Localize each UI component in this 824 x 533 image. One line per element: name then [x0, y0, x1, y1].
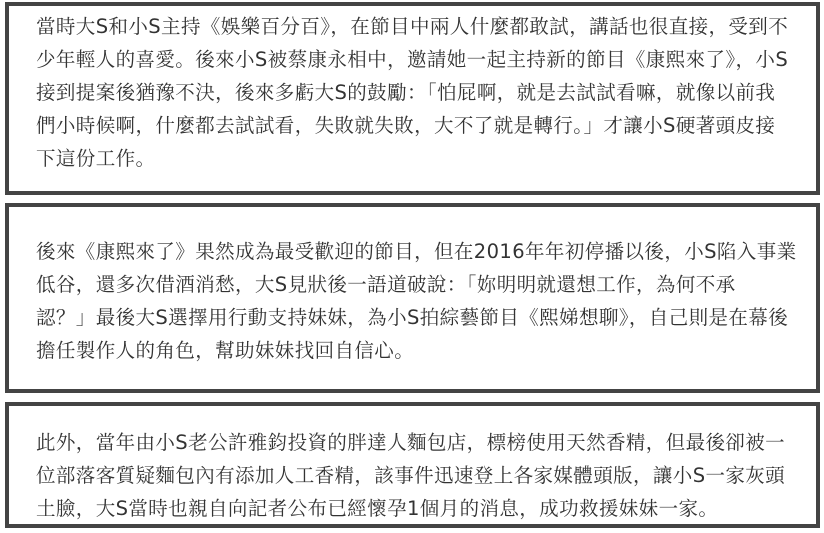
line: 接到提案後猶豫不決，後來多虧大S的鼓勵：「怕屁啊，就是去試試看嘛，就像以前我: [36, 81, 775, 104]
line: 擔任製作人的角色，幫助妹妹找回自信心。: [36, 339, 414, 362]
paragraph-1: 當時大S和小S主持《娛樂百分百》，在節目中兩人什麼都敢試，講話也很直接，受到不 …: [9, 6, 816, 175]
text-box-3: 此外，當年由小S老公許雅鈞投資的胖達人麵包店，標榜使用天然香精，但最後卻被一 位…: [5, 402, 820, 528]
line: 們小時候啊，什麼都去試試看，失敗就失敗，大不了就是轉行。」才讓小S硬著頭皮接: [36, 114, 775, 137]
line: 低谷，還多次借酒消愁，大S見狀後一語道破說：「妳明明就還想工作，為何不承: [36, 273, 736, 296]
line: 少年輕人的喜愛。後來小S被蔡康永相中，邀請她一起主持新的節目《康熙來了》，小S: [36, 48, 788, 71]
paragraph-2: 後來《康熙來了》果然成為最受歡迎的節目，但在2016年年初停播以後，小S陷入事業…: [9, 207, 816, 367]
line: 後來《康熙來了》果然成為最受歡迎的節目，但在2016年年初停播以後，小S陷入事業: [36, 240, 797, 263]
line: 認？」最後大S選擇用行動支持妹妹，為小S拍綜藝節目《熙娣想聊》，自己則是在幕後: [36, 306, 788, 329]
text-box-1: 當時大S和小S主持《娛樂百分百》，在節目中兩人什麼都敢試，講話也很直接，受到不 …: [5, 2, 820, 195]
line: 此外，當年由小S老公許雅鈞投資的胖達人麵包店，標榜使用天然香精，但最後卻被一: [36, 431, 785, 454]
text-box-2: 後來《康熙來了》果然成為最受歡迎的節目，但在2016年年初停播以後，小S陷入事業…: [5, 203, 820, 393]
paragraph-3: 此外，當年由小S老公許雅鈞投資的胖達人麵包店，標榜使用天然香精，但最後卻被一 位…: [9, 406, 816, 525]
line: 位部落客質疑麵包內有添加人工香精，該事件迅速登上各家媒體頭版，讓小S一家灰頭: [36, 464, 785, 487]
line: 當時大S和小S主持《娛樂百分百》，在節目中兩人什麼都敢試，講話也很直接，受到不: [36, 15, 788, 38]
line: 下這份工作。: [36, 147, 155, 170]
line: 土臉，大S當時也親自向記者公布已經懷孕1個月的消息，成功救援妹妹一家。: [36, 497, 718, 520]
